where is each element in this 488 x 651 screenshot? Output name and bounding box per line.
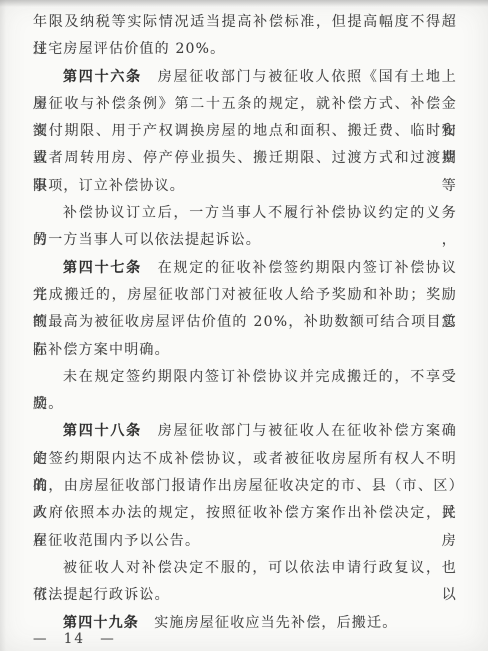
- text-segment: 屋征收范围内予以公告。: [33, 533, 200, 549]
- text-segment: 在补偿方案中明确。: [33, 342, 170, 358]
- article-number: 第四十六条: [63, 69, 142, 85]
- text-line: 或者周转用房、停产停业损失、搬迁期限、过渡方式和过渡期限等: [33, 145, 457, 172]
- scan-edge-artifact-top: [0, 0, 488, 7]
- page-number: — 14 —: [33, 630, 116, 648]
- text-line: 补偿协议订立后，一方当事人不履行补偿协议约定的义务的，: [33, 200, 457, 227]
- text-line: 在补偿方案中明确。: [33, 337, 457, 364]
- text-line: 第四十八条 房屋征收部门与被征收人在征收补偿方案确定: [33, 418, 457, 445]
- text-line: 被征收人对补偿决定不服的，可以依法申请行政复议，也可以: [33, 555, 457, 582]
- text-segment: 住宅房屋评估价值的 20%。: [33, 41, 225, 57]
- text-line: 完成搬迁的，房屋征收部门对被征收人给予奖励和补助；奖励的总: [33, 282, 457, 309]
- text-line: 额最高为被征收房屋评估价值的 20%，补助数额可结合项目实际: [33, 309, 457, 336]
- article-number: 第四十八条: [63, 423, 142, 439]
- article-number: 第四十九条: [63, 615, 139, 631]
- body-text: 年限及纳税等实际情况适当提高补偿标准，但提高幅度不得超过住宅房屋评估价值的 20…: [33, 9, 457, 637]
- text-line: 第四十六条 房屋征收部门与被征收人依照《国有土地上房: [33, 64, 457, 91]
- text-line: 的，由房屋征收部门报请作出房屋征收决定的市、县（市、区）人民: [33, 473, 457, 500]
- text-line: 政府依照本办法的规定，按照征收补偿方案作出补偿决定，并在房: [33, 500, 457, 527]
- text-segment: 依法提起行政诉讼。: [33, 587, 170, 603]
- text-line: 支付期限、用于产权调换房屋的地点和面积、搬迁费、临时安置费: [33, 118, 457, 145]
- text-segment: 实施房屋征收应当先补偿，后搬迁。: [139, 615, 397, 631]
- text-line: 的签约期限内达不成补偿协议，或者被征收房屋所有权人不明确: [33, 446, 457, 473]
- document-page: 年限及纳税等实际情况适当提高补偿标准，但提高幅度不得超过住宅房屋评估价值的 20…: [0, 0, 488, 651]
- scan-edge-artifact-left: [0, 0, 6, 651]
- text-line: 屋征收与补偿条例》第二十五条的规定，就补偿方式、补偿金额和: [33, 91, 457, 118]
- text-segment: 事项，订立补偿协议。: [33, 178, 185, 194]
- text-line: 第四十七条 在规定的征收补偿签约期限内签订补偿协议并: [33, 255, 457, 282]
- text-line: 住宅房屋评估价值的 20%。: [33, 36, 457, 63]
- text-segment: 励。: [33, 396, 63, 412]
- text-line: 未在规定签约期限内签订补偿协议并完成搬迁的，不享受奖: [33, 364, 457, 391]
- article-number: 第四十七条: [63, 260, 142, 276]
- text-line: 励。: [33, 391, 457, 418]
- text-segment: 另一方当事人可以依法提起诉讼。: [33, 232, 261, 248]
- text-line: 年限及纳税等实际情况适当提高补偿标准，但提高幅度不得超过: [33, 9, 457, 36]
